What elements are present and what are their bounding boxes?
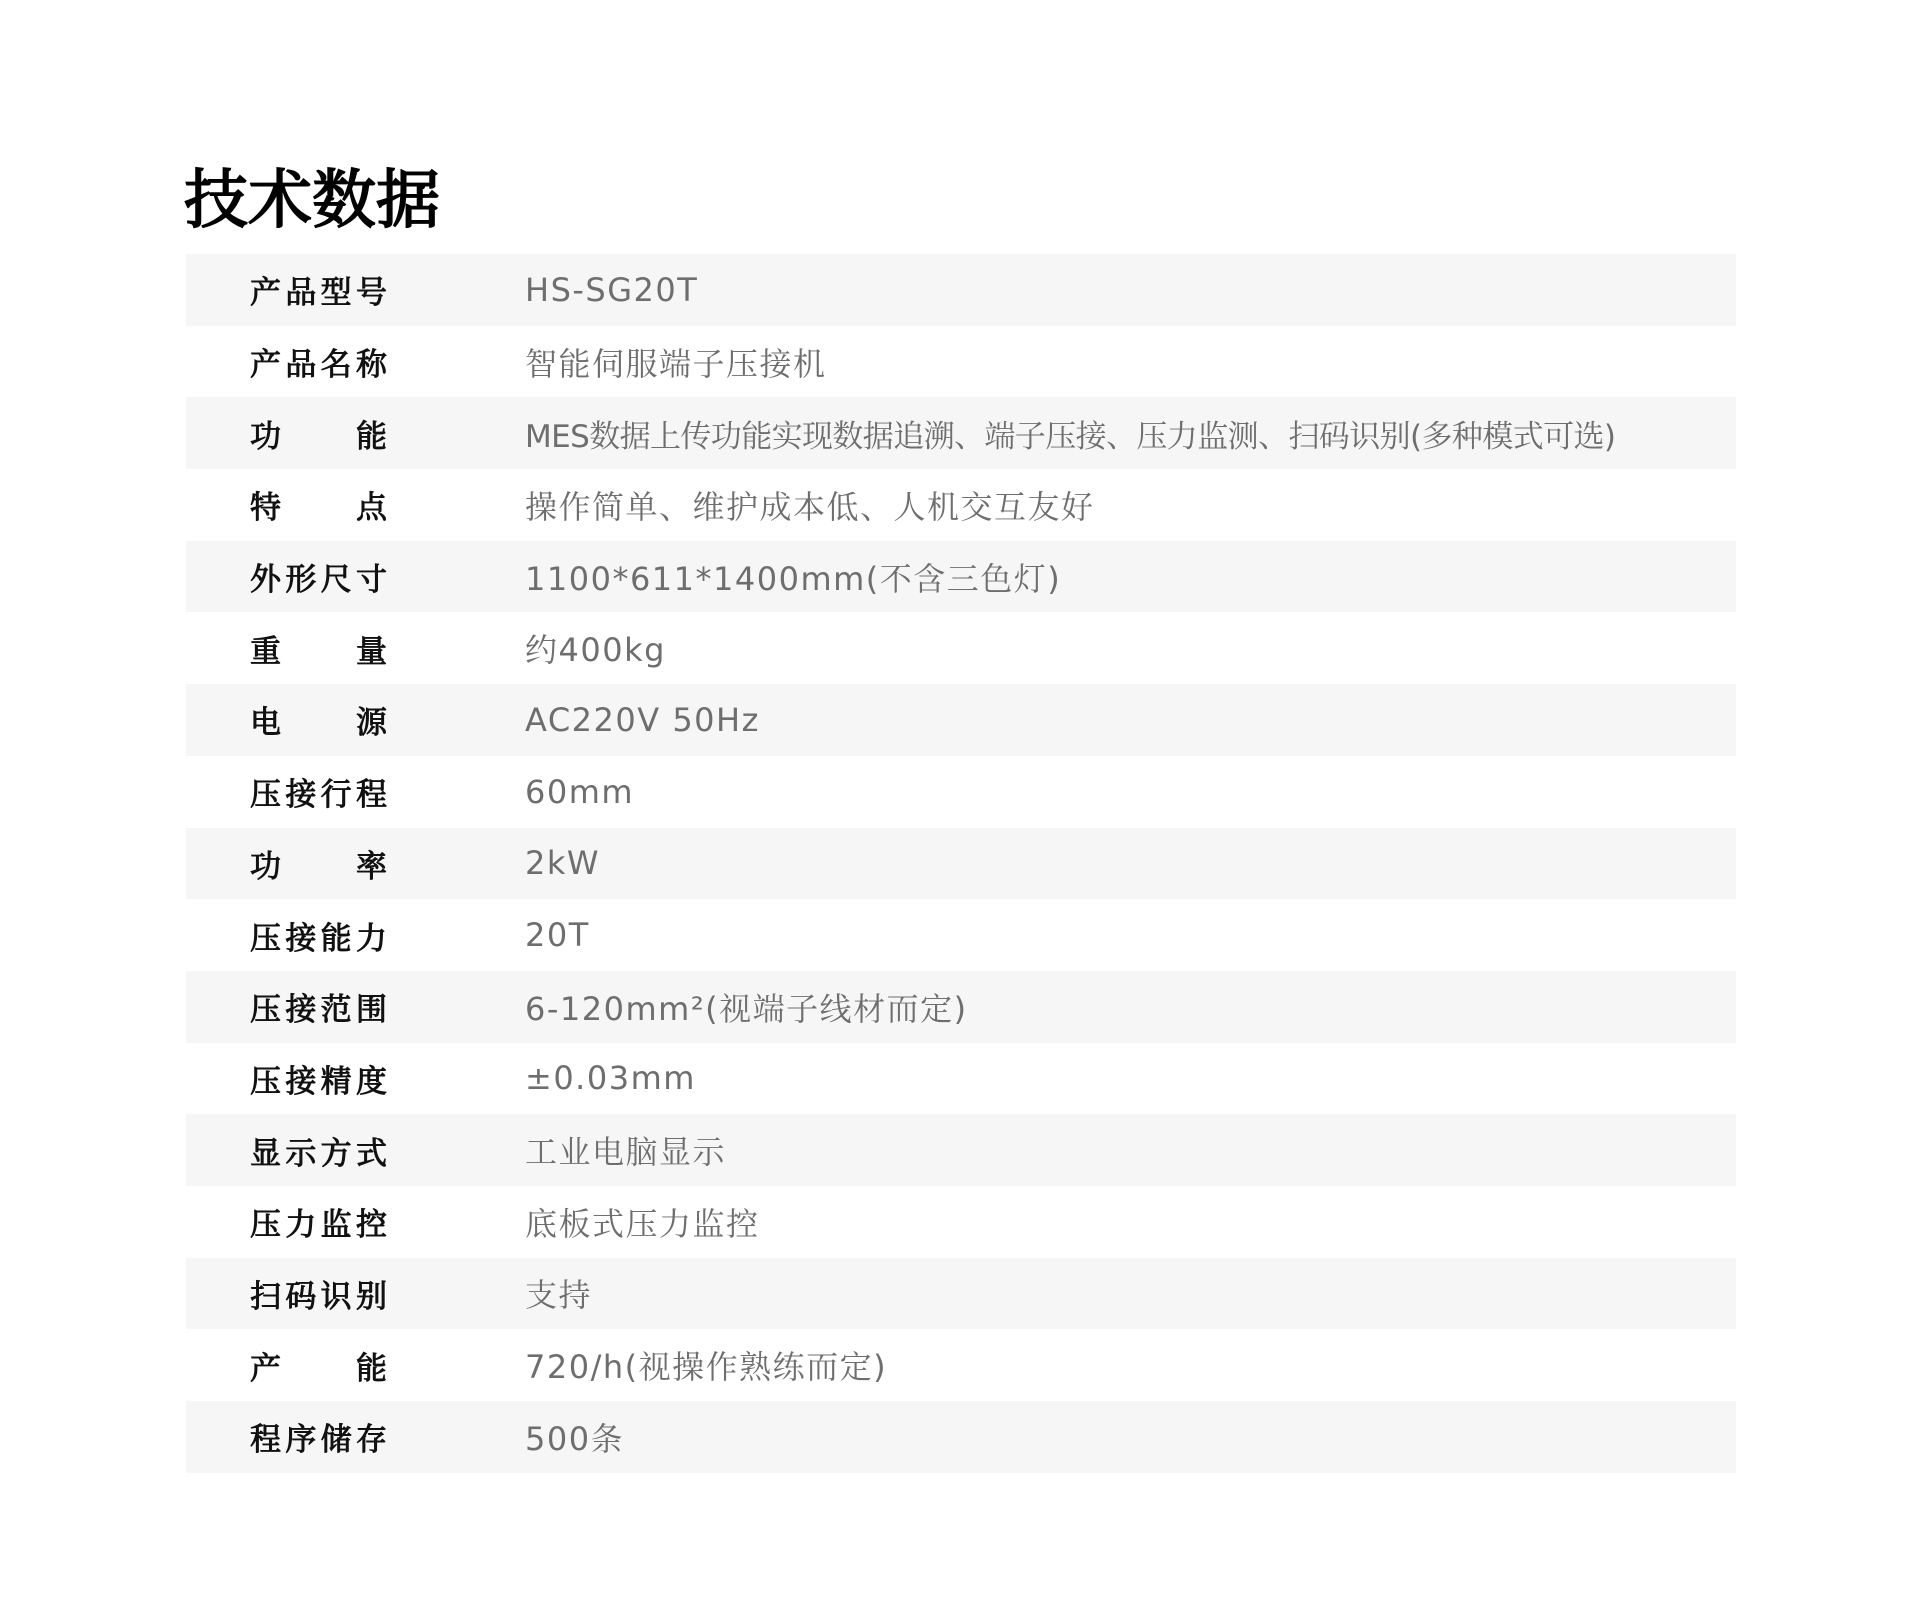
- spec-value: 60mm: [525, 773, 634, 811]
- spec-label-char: 度: [356, 1056, 390, 1101]
- spec-value: HS-SG20T: [525, 271, 698, 309]
- spec-row: 压接能力20T: [186, 899, 1736, 971]
- spec-row: 重量约400kg: [186, 612, 1736, 684]
- spec-label-char: 型: [321, 267, 355, 312]
- spec-row: 扫码识别支持: [186, 1258, 1736, 1330]
- spec-label-char: 压: [250, 769, 284, 814]
- spec-value: 工业电脑显示: [525, 1127, 726, 1173]
- spec-value: MES数据上传功能实现数据追溯、端子压接、压力监测、扫码识别(多种模式可选): [525, 411, 1615, 456]
- spec-value: ±0.03mm: [525, 1059, 696, 1097]
- spec-row: 功能MES数据上传功能实现数据追溯、端子压接、压力监测、扫码识别(多种模式可选): [186, 397, 1736, 469]
- spec-label: 电源: [250, 697, 390, 742]
- spec-label-char: 压: [250, 1199, 284, 1244]
- spec-row: 压接行程60mm: [186, 756, 1736, 828]
- spec-label: 产能: [250, 1343, 390, 1388]
- spec-label-char: 码: [285, 1271, 319, 1316]
- spec-table: 产品型号HS-SG20T产品名称智能伺服端子压接机功能MES数据上传功能实现数据…: [186, 254, 1736, 1473]
- spec-label-char: 功: [250, 841, 284, 886]
- spec-label-char: 围: [356, 984, 390, 1029]
- spec-label: 压接范围: [250, 984, 390, 1029]
- spec-label-char: 显: [250, 1128, 284, 1173]
- spec-label-char: 扫: [250, 1271, 284, 1316]
- spec-label-char: 称: [356, 339, 390, 384]
- spec-label-char: 能: [321, 913, 355, 958]
- spec-label: 重量: [250, 626, 390, 671]
- spec-label: 扫码识别: [250, 1271, 390, 1316]
- spec-row: 压力监控底板式压力监控: [186, 1186, 1736, 1258]
- spec-row: 产能720/h(视操作熟练而定): [186, 1329, 1736, 1401]
- spec-label-char: 力: [285, 1199, 319, 1244]
- spec-label-char: 行: [321, 769, 355, 814]
- spec-value: 操作简单、维护成本低、人机交互友好: [525, 482, 1095, 528]
- spec-label-char: 序: [285, 1414, 319, 1459]
- spec-label-char: 品: [285, 339, 319, 384]
- spec-label-char: 力: [356, 913, 390, 958]
- spec-value: 20T: [525, 916, 590, 954]
- page-title: 技术数据: [184, 161, 440, 241]
- spec-label: 功率: [250, 841, 390, 886]
- spec-label-char: 寸: [356, 554, 390, 599]
- spec-label-char: 源: [356, 697, 390, 742]
- spec-label: 功能: [250, 411, 390, 456]
- spec-label: 压接精度: [250, 1056, 390, 1101]
- spec-label-char: 方: [321, 1128, 355, 1173]
- spec-row: 特点操作简单、维护成本低、人机交互友好: [186, 469, 1736, 541]
- spec-value: 720/h(视操作熟练而定): [525, 1342, 887, 1388]
- spec-row: 外形尺寸1100*611*1400mm(不含三色灯): [186, 541, 1736, 613]
- spec-label-char: 储: [321, 1414, 355, 1459]
- spec-label-char: 产: [250, 1343, 284, 1388]
- spec-label-char: 能: [356, 411, 390, 456]
- spec-label-char: 范: [321, 984, 355, 1029]
- spec-label-char: 产: [250, 267, 284, 312]
- spec-label-char: 接: [285, 1056, 319, 1101]
- spec-label-char: 产: [250, 339, 284, 384]
- spec-label-char: 率: [356, 841, 390, 886]
- spec-label-char: 程: [356, 769, 390, 814]
- spec-label: 外形尺寸: [250, 554, 390, 599]
- spec-value: 底板式压力监控: [525, 1199, 760, 1245]
- spec-label-char: 程: [250, 1414, 284, 1459]
- spec-label-char: 功: [250, 411, 284, 456]
- spec-value: 2kW: [525, 844, 600, 882]
- spec-label: 压接行程: [250, 769, 390, 814]
- spec-label-char: 识: [321, 1271, 355, 1316]
- spec-row: 产品名称智能伺服端子压接机: [186, 326, 1736, 398]
- spec-label: 特点: [250, 482, 390, 527]
- spec-label-char: 形: [285, 554, 319, 599]
- spec-row: 程序储存500条: [186, 1401, 1736, 1473]
- spec-value: 6-120mm²(视端子线材而定): [525, 984, 968, 1030]
- spec-label-char: 量: [356, 626, 390, 671]
- spec-row: 显示方式工业电脑显示: [186, 1114, 1736, 1186]
- spec-value: AC220V 50Hz: [525, 701, 760, 739]
- spec-label: 产品名称: [250, 339, 390, 384]
- spec-label-char: 示: [285, 1128, 319, 1173]
- spec-label-char: 接: [285, 984, 319, 1029]
- spec-label-char: 能: [356, 1343, 390, 1388]
- spec-label: 程序储存: [250, 1414, 390, 1459]
- spec-label-char: 外: [250, 554, 284, 599]
- spec-value: 智能伺服端子压接机: [525, 339, 827, 385]
- spec-label: 压接能力: [250, 913, 390, 958]
- spec-row: 产品型号HS-SG20T: [186, 254, 1736, 326]
- spec-label-char: 式: [356, 1128, 390, 1173]
- spec-label-char: 精: [321, 1056, 355, 1101]
- spec-label-char: 特: [250, 482, 284, 527]
- spec-label-char: 电: [250, 697, 284, 742]
- spec-label-char: 接: [285, 769, 319, 814]
- spec-row: 压接范围6-120mm²(视端子线材而定): [186, 971, 1736, 1043]
- spec-label-char: 存: [356, 1414, 390, 1459]
- spec-label: 压力监控: [250, 1199, 390, 1244]
- spec-label-char: 压: [250, 984, 284, 1029]
- spec-label: 产品型号: [250, 267, 390, 312]
- spec-label-char: 接: [285, 913, 319, 958]
- spec-value: 约400kg: [525, 625, 666, 671]
- spec-label-char: 监: [321, 1199, 355, 1244]
- spec-value: 支持: [525, 1270, 592, 1316]
- spec-label: 显示方式: [250, 1128, 390, 1173]
- spec-value: 500条: [525, 1414, 624, 1460]
- spec-label-char: 品: [285, 267, 319, 312]
- spec-row: 功率2kW: [186, 828, 1736, 900]
- spec-label-char: 号: [356, 267, 390, 312]
- spec-label-char: 别: [356, 1271, 390, 1316]
- spec-label-char: 压: [250, 1056, 284, 1101]
- spec-label-char: 点: [356, 482, 390, 527]
- spec-label-char: 尺: [321, 554, 355, 599]
- spec-label-char: 控: [356, 1199, 390, 1244]
- spec-row: 压接精度±0.03mm: [186, 1043, 1736, 1115]
- spec-row: 电源AC220V 50Hz: [186, 684, 1736, 756]
- spec-label-char: 重: [250, 626, 284, 671]
- spec-label-char: 名: [321, 339, 355, 384]
- spec-value: 1100*611*1400mm(不含三色灯): [525, 554, 1061, 600]
- spec-label-char: 压: [250, 913, 284, 958]
